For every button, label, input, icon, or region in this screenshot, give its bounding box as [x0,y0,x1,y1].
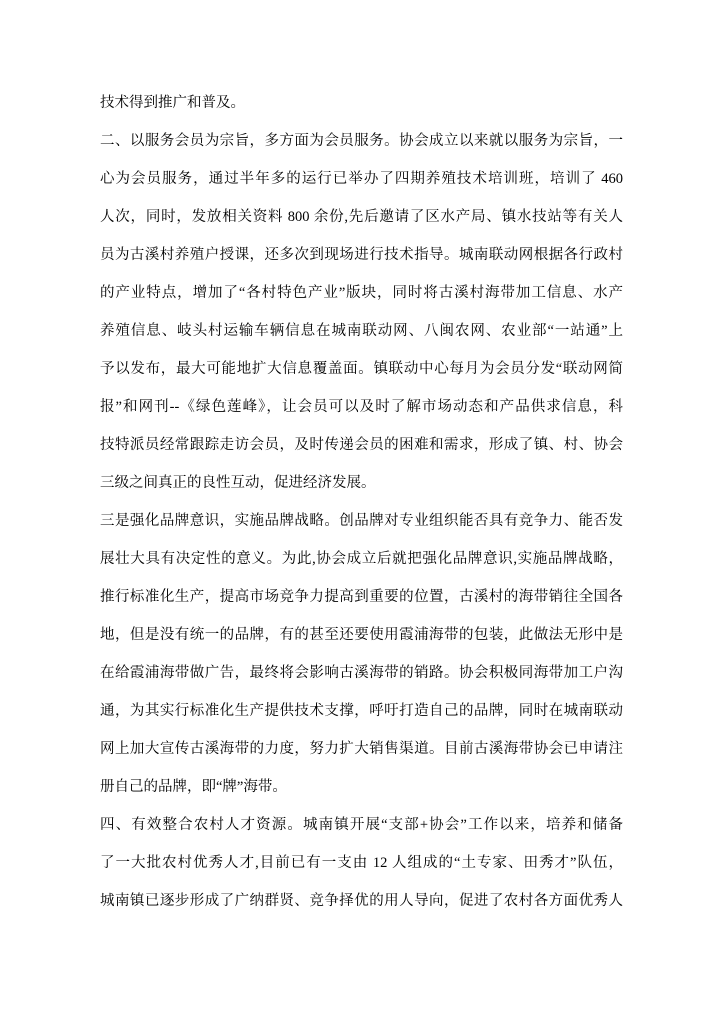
text-line: 地，但是没有统一的品牌，有的甚至还要使用霞浦海带的包装，此做法无形中是 [100,616,623,654]
text-line: 通，为其实行标准化生产提供技术支撑，呼吁打造自己的品牌，同时在城南联动 [100,692,623,730]
text-line: 员为古溪村养殖户授课，还多次到现场进行技术指导。城南联动网根据各行政村 [100,236,623,274]
text-line: 网上加大宣传古溪海带的力度，努力扩大销售渠道。目前古溪海带协会已申请注 [100,730,623,768]
text-line: 在给霞浦海带做广告，最终将会影响古溪海带的销路。协会积极同海带加工户沟 [100,654,623,692]
text-line: 报”和网刊--《绿色莲峰》，让会员可以及时了解市场动态和产品供求信息，科 [100,388,623,426]
text-line: 展壮大具有决定性的意义。为此,协会成立后就把强化品牌意识,实施品牌战略， [100,540,623,578]
text-line: 了一大批农村优秀人才,目前已有一支由 12 人组成的“土专家、田秀才”队伍， [100,844,623,882]
text-line: 三级之间真正的良性互动，促进经济发展。 [100,464,623,502]
text-line: 心为会员服务，通过半年多的运行已举办了四期养殖技术培训班，培训了 460 [100,160,623,198]
text-line: 推行标准化生产，提高市场竞争力提高到重要的位置，古溪村的海带销往全国各 [100,578,623,616]
text-line: 的产业特点，增加了“各村特色产业”版块，同时将古溪村海带加工信息、水产 [100,274,623,312]
text-line: 城南镇已逐步形成了广纳群贤、竞争择优的用人导向，促进了农村各方面优秀人 [100,882,623,920]
text-line: 二、以服务会员为宗旨，多方面为会员服务。协会成立以来就以服务为宗旨，一 [100,122,623,160]
text-line: 养殖信息、岐头村运输车辆信息在城南联动网、八闽农网、农业部“一站通”上 [100,312,623,350]
text-line: 技术得到推广和普及。 [100,84,623,122]
text-line: 册自己的品牌，即“牌”海带。 [100,768,623,806]
document-page: 技术得到推广和普及。 二、以服务会员为宗旨，多方面为会员服务。协会成立以来就以服… [100,84,623,920]
text-line: 予以发布，最大可能地扩大信息覆盖面。镇联动中心每月为会员分发“联动网简 [100,350,623,388]
text-line: 四、有效整合农村人才资源。城南镇开展“支部+协会”工作以来，培养和储备 [100,806,623,844]
text-line: 人次，同时，发放相关资料 800 余份,先后邀请了区水产局、镇水技站等有关人 [100,198,623,236]
text-line: 三是强化品牌意识，实施品牌战略。创品牌对专业组织能否具有竞争力、能否发 [100,502,623,540]
text-line: 技特派员经常跟踪走访会员，及时传递会员的困难和需求，形成了镇、村、协会 [100,426,623,464]
